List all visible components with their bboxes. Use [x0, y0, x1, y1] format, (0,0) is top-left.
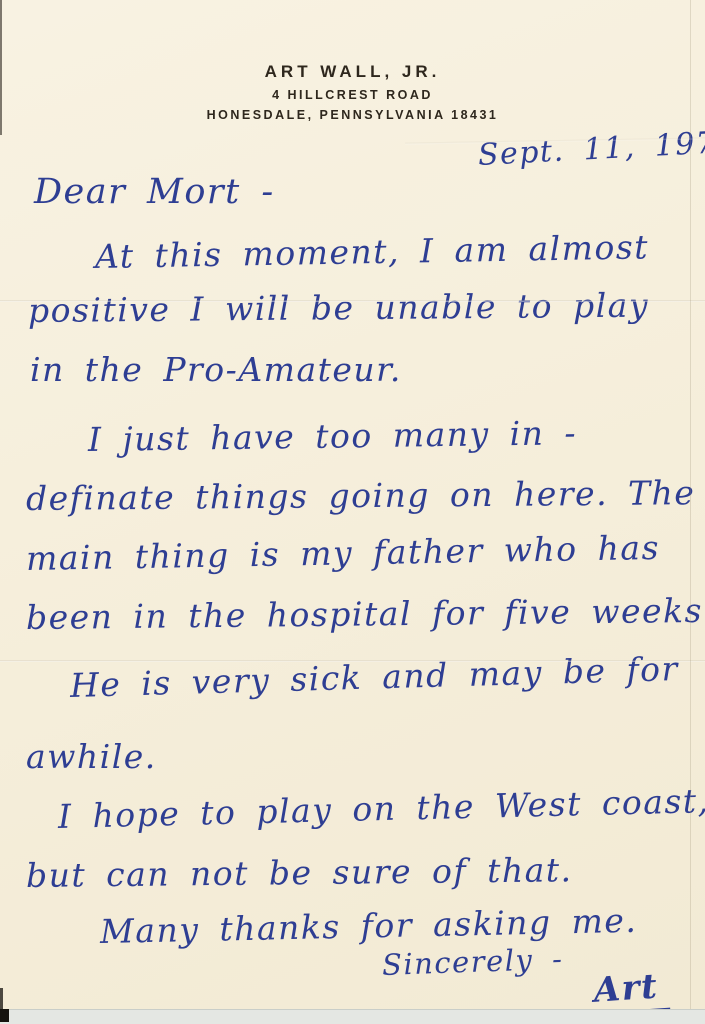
scan-edge	[0, 0, 2, 135]
letter-date: Sept. 11, 1970 -	[477, 123, 705, 173]
body-line: I just have too many in -	[88, 413, 578, 459]
letterhead-name: ART WALL, JR.	[0, 62, 705, 82]
body-line: positive I will be unable to play	[28, 286, 649, 330]
fold-crease	[0, 660, 705, 662]
paper-edge-crease	[690, 0, 691, 1010]
letterhead-address-street: 4 HILLCREST ROAD	[0, 88, 705, 102]
scan-corner-mark	[0, 1009, 9, 1022]
fold-crease	[0, 300, 705, 302]
body-line: awhile.	[26, 737, 157, 776]
body-line: definate things going on here. The	[26, 473, 696, 518]
scanned-letter-page: ART WALL, JR. 4 HILLCREST ROAD HONESDALE…	[0, 0, 705, 1024]
body-line: I hope to play on the West coast,	[58, 781, 705, 836]
body-line: main thing is my father who has	[26, 528, 661, 578]
body-line: but can not be sure of that.	[26, 850, 573, 895]
letterhead-address-city: HONESDALE, PENNSYLVANIA 18431	[0, 108, 705, 122]
closing: Sincerely -	[381, 942, 564, 982]
body-line: At this moment, I am almost	[95, 227, 650, 276]
body-line: He is very sick and may be for	[69, 649, 679, 705]
body-line: in the Pro-Amateur.	[30, 350, 402, 389]
letterhead: ART WALL, JR. 4 HILLCREST ROAD HONESDALE…	[0, 62, 705, 122]
salutation: Dear Mort -	[34, 172, 275, 212]
scan-background-strip	[0, 1009, 705, 1024]
body-line: been in the hospital for five weeks.	[26, 591, 705, 637]
